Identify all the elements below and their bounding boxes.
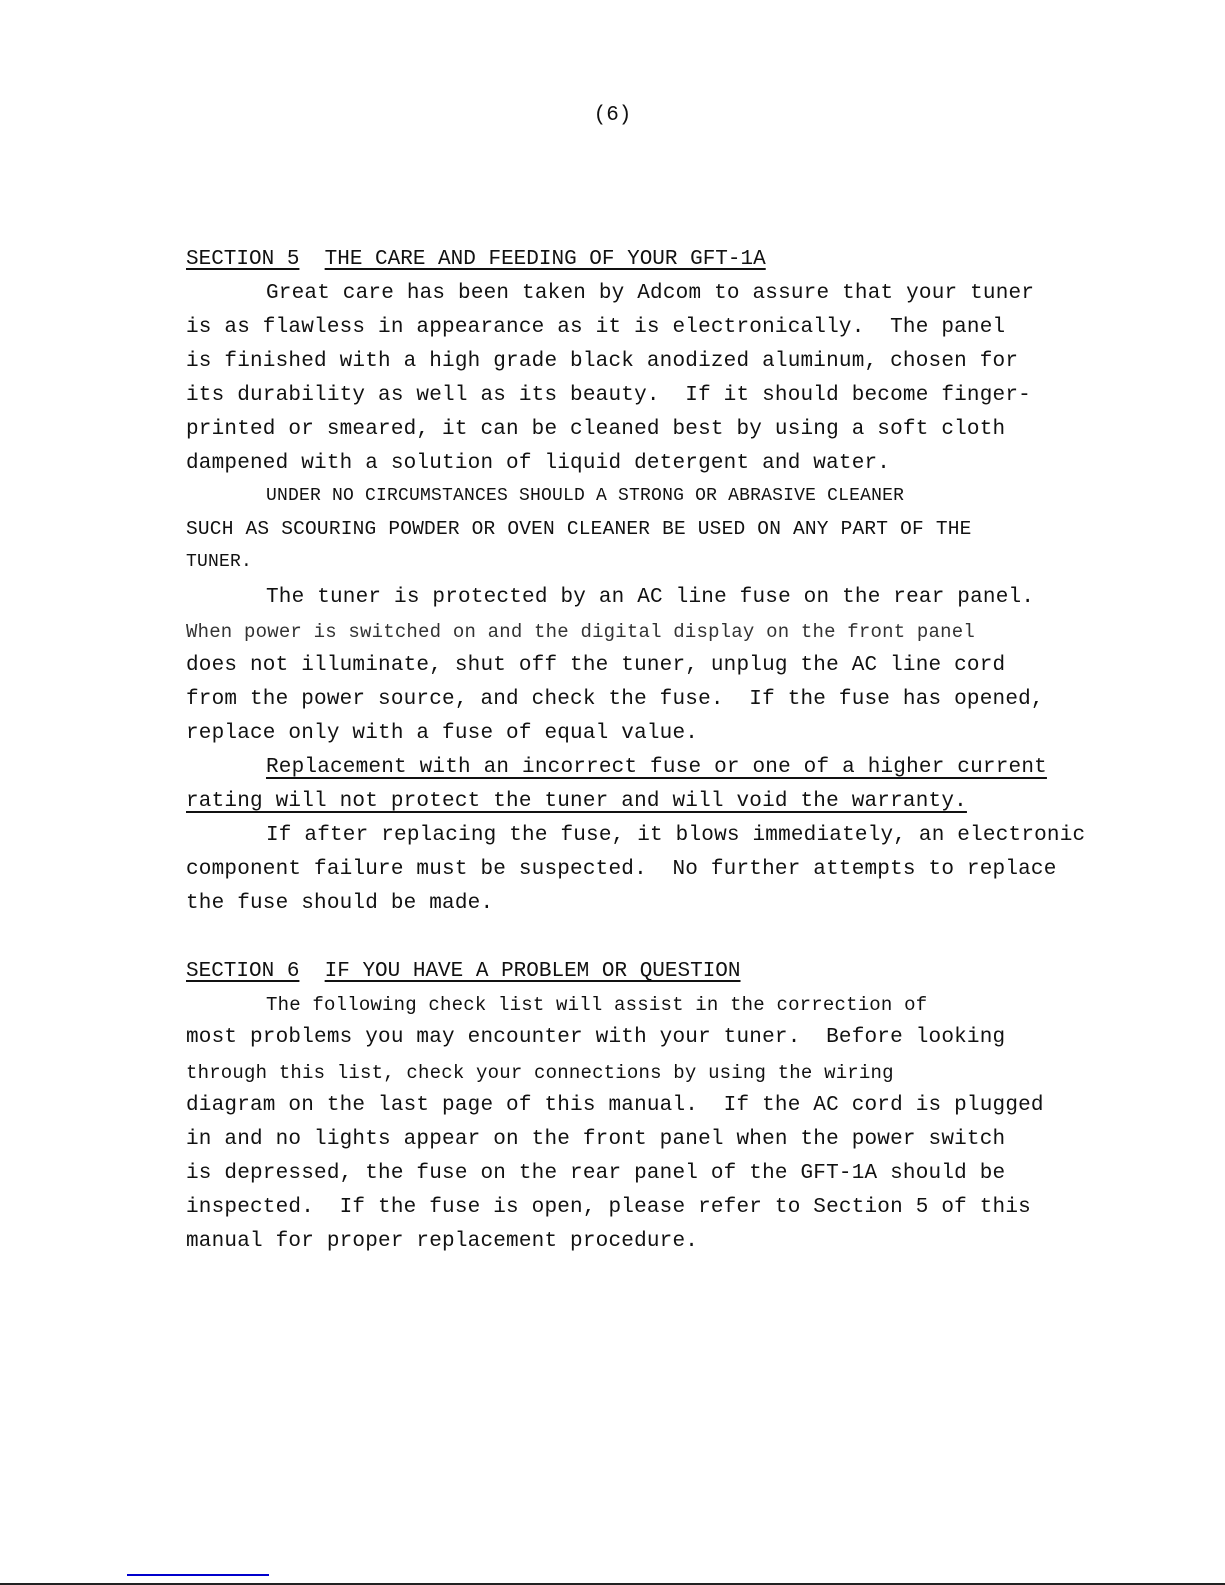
body-line: is depressed, the fuse on the rear panel…	[186, 1162, 1005, 1185]
body-line: most problems you may encounter with you…	[186, 1026, 1005, 1049]
body-line: The tuner is protected by an AC line fus…	[266, 586, 1034, 609]
body-line: its durability as well as its beauty. If…	[186, 384, 1031, 407]
body-line: the fuse should be made.	[186, 892, 493, 915]
section-5-heading: SECTION 5 THE CARE AND FEEDING OF YOUR G…	[186, 248, 766, 271]
section-6-heading: SECTION 6 IF YOU HAVE A PROBLEM OR QUEST…	[186, 960, 741, 983]
underlined-warning-line: rating will not protect the tuner and wi…	[186, 790, 967, 813]
body-line: is as flawless in appearance as it is el…	[186, 316, 1005, 339]
page-number: (6)	[0, 104, 1225, 127]
warning-line: UNDER NO CIRCUMSTANCES SHOULD A STRONG O…	[266, 486, 904, 506]
section-6-title: IF YOU HAVE A PROBLEM OR QUESTION	[325, 960, 741, 983]
body-line: diagram on the last page of this manual.…	[186, 1094, 1044, 1117]
body-line: dampened with a solution of liquid deter…	[186, 452, 890, 475]
body-line: component failure must be suspected. No …	[186, 858, 1057, 881]
body-line: The following check list will assist in …	[266, 994, 927, 1016]
body-line: through this list, check your connection…	[186, 1062, 894, 1084]
section-6-label: SECTION 6	[186, 960, 299, 983]
body-line: Great care has been taken by Adcom to as…	[266, 282, 1034, 305]
body-line: is finished with a high grade black anod…	[186, 350, 1018, 373]
body-line: replace only with a fuse of equal value.	[186, 722, 698, 745]
warning-line: TUNER.	[186, 552, 252, 572]
underlined-warning-line: Replacement with an incorrect fuse or on…	[266, 756, 1047, 779]
body-line: does not illuminate, shut off the tuner,…	[186, 654, 1005, 677]
body-line: If after replacing the fuse, it blows im…	[266, 824, 1085, 847]
body-line: inspected. If the fuse is open, please r…	[186, 1196, 1031, 1219]
section-5-label: SECTION 5	[186, 248, 299, 271]
warning-line: SUCH AS SCOURING POWDER OR OVEN CLEANER …	[186, 518, 972, 540]
section-5-title: THE CARE AND FEEDING OF YOUR GFT-1A	[325, 248, 766, 271]
body-line: from the power source, and check the fus…	[186, 688, 1044, 711]
body-line: manual for proper replacement procedure.	[186, 1230, 698, 1253]
body-line: When power is switched on and the digita…	[186, 621, 975, 643]
scan-artifact-line	[127, 1574, 269, 1576]
body-line: printed or smeared, it can be cleaned be…	[186, 418, 1005, 441]
body-line: in and no lights appear on the front pan…	[186, 1128, 1005, 1151]
